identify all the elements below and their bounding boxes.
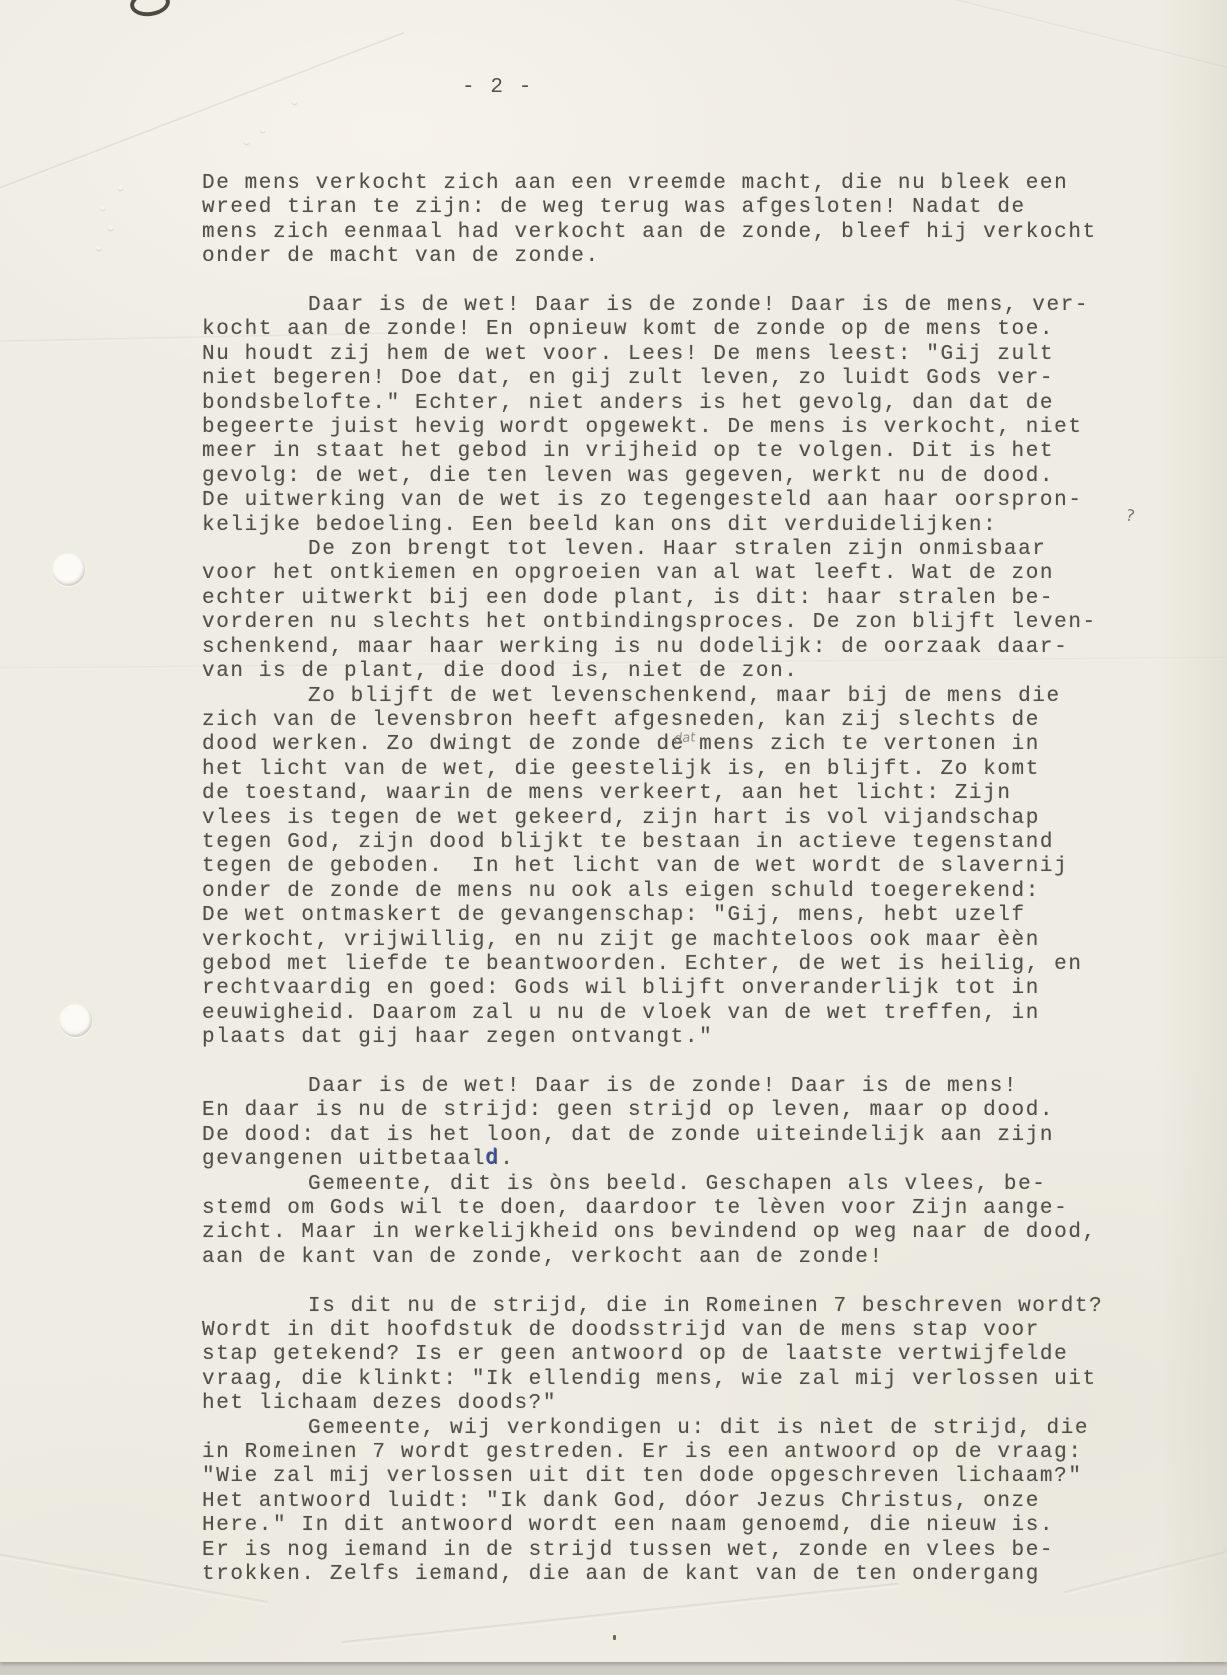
- emboss-dot: [100, 206, 105, 210]
- page-number: - 2 -: [462, 76, 533, 99]
- ink-correction-annotation: d: [485, 1147, 498, 1170]
- staple-mark: [128, 0, 171, 19]
- paragraph-6: Gemeente, dit is òns beeld. Geschapen al…: [202, 1173, 1132, 1271]
- page-curl-shading: [1157, 0, 1227, 1662]
- emboss-dot: [260, 128, 265, 132]
- paragraph-3: De zon brengt tot leven. Haar stralen zi…: [202, 538, 1132, 684]
- paragraph-7: Is dit nu de strijd, die in Romeinen 7 b…: [202, 1295, 1132, 1417]
- dust-speck: [613, 1635, 616, 1640]
- paragraph-2: Daar is de wet! Daar is de zonde! Daar i…: [202, 294, 1132, 538]
- emboss-dot: [244, 140, 249, 144]
- hole-punch-bottom: [59, 1004, 92, 1037]
- document-body: De mens verkocht zich aan een vreemde ma…: [202, 172, 1132, 1588]
- emboss-dot: [292, 100, 297, 104]
- paragraph-5: Daar is de wet! Daar is de zonde! Daar i…: [202, 1075, 1132, 1173]
- pencil-insertion-annotation: dat: [674, 730, 696, 746]
- emboss-dot: [108, 226, 113, 230]
- paragraph-1: De mens verkocht zich aan een vreemde ma…: [202, 172, 1132, 270]
- paper-crease: [341, 1583, 898, 1646]
- emboss-dot: [118, 186, 123, 190]
- paper-sheet: - 2 - De mens verkocht zich aan een vree…: [0, 0, 1227, 1662]
- emboss-dot: [96, 246, 101, 250]
- paragraph-4: Zo blijft de wet levenschenkend, maar bi…: [202, 685, 1132, 1051]
- hole-punch-top: [52, 553, 85, 586]
- paragraph-8: Gemeente, wij verkondigen u: dit is nìet…: [202, 1417, 1132, 1588]
- scanner-background: - 2 - De mens verkocht zich aan een vree…: [0, 0, 1227, 1675]
